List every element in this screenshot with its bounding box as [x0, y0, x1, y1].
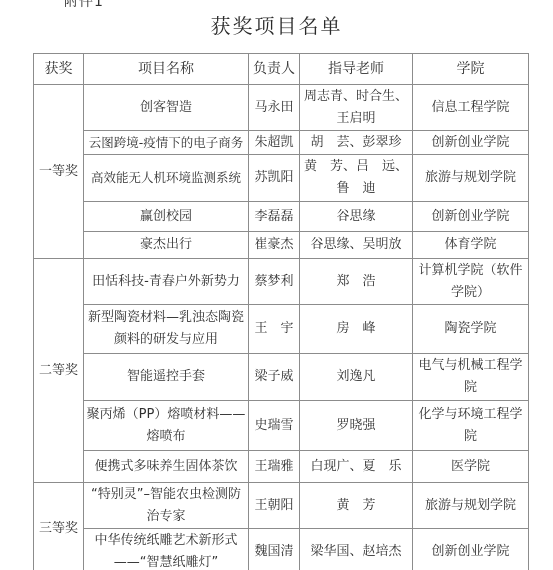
award-table: 获奖 项目名称 负责人 指导老师 学院 一等奖 创客智造 马永田 周志青、时合生…: [33, 53, 529, 570]
project-cell: 云图跨境-疫情下的电子商务: [84, 131, 249, 155]
project-cell: 田恬科技-青春户外新势力: [84, 259, 249, 305]
advisors-cell: 白现广、夏 乐: [300, 451, 413, 483]
advisors-cell: 谷思缘、吴明放: [300, 232, 413, 259]
header-college: 学院: [413, 54, 529, 85]
leader-cell: 崔豪杰: [249, 232, 300, 259]
leader-cell: 苏凯阳: [249, 155, 300, 202]
advisors-cell: 黄 芳、吕 远、鲁 迪: [300, 155, 413, 202]
leader-cell: 李磊磊: [249, 202, 300, 232]
college-cell: 化学与环境工程学院: [413, 401, 529, 451]
project-cell: 创客智造: [84, 85, 249, 131]
college-cell: 旅游与规划学院: [413, 483, 529, 529]
leader-cell: 王瑞雅: [249, 451, 300, 483]
college-cell: 创新创业学院: [413, 529, 529, 570]
advisors-cell: 谷思缘: [300, 202, 413, 232]
leader-cell: 梁子威: [249, 354, 300, 401]
award-cell: 三等奖: [34, 483, 84, 570]
advisors-cell: 房 峰: [300, 305, 413, 354]
college-cell: 电气与机械工程学院: [413, 354, 529, 401]
advisors-cell: 刘逸凡: [300, 354, 413, 401]
table-row: 二等奖 田恬科技-青春户外新势力 蔡梦利 郑 浩 计算机学院（软件学院）: [34, 259, 529, 305]
project-cell: “特别灵”–智能农虫检测防治专家: [84, 483, 249, 529]
college-cell: 医学院: [413, 451, 529, 483]
project-cell: 便携式多味养生固体茶饮: [84, 451, 249, 483]
project-cell: 中华传统纸雕艺术新形式——“智慧纸雕灯”: [84, 529, 249, 570]
college-cell: 陶瓷学院: [413, 305, 529, 354]
leader-cell: 朱超凯: [249, 131, 300, 155]
table-row: 一等奖 创客智造 马永田 周志青、时合生、王启明 信息工程学院: [34, 85, 529, 131]
table-row: 中华传统纸雕艺术新形式——“智慧纸雕灯” 魏国清 梁华国、赵培杰 创新创业学院: [34, 529, 529, 570]
leader-cell: 蔡梦利: [249, 259, 300, 305]
advisors-cell: 胡 芸、彭翠珍: [300, 131, 413, 155]
project-cell: 高效能无人机环境监测系统: [84, 155, 249, 202]
table-row: 新型陶瓷材料—乳浊态陶瓷颜料的研发与应用 王 宇 房 峰 陶瓷学院: [34, 305, 529, 354]
header-advisors: 指导老师: [300, 54, 413, 85]
page-title: 获奖项目名单: [0, 10, 553, 39]
award-cell: 二等奖: [34, 259, 84, 483]
table-row: 便携式多味养生固体茶饮 王瑞雅 白现广、夏 乐 医学院: [34, 451, 529, 483]
college-cell: 创新创业学院: [413, 131, 529, 155]
table-row: 聚丙烯（PP）熔喷材料——熔喷布 史瑞雪 罗晓强 化学与环境工程学院: [34, 401, 529, 451]
leader-cell: 魏国清: [249, 529, 300, 570]
header-award: 获奖: [34, 54, 84, 85]
project-cell: 豪杰出行: [84, 232, 249, 259]
advisors-cell: 周志青、时合生、王启明: [300, 85, 413, 131]
leader-cell: 王 宇: [249, 305, 300, 354]
project-cell: 赢创校园: [84, 202, 249, 232]
header-project: 项目名称: [84, 54, 249, 85]
advisors-cell: 梁华国、赵培杰: [300, 529, 413, 570]
table-row: 豪杰出行 崔豪杰 谷思缘、吴明放 体育学院: [34, 232, 529, 259]
table-row: 赢创校园 李磊磊 谷思缘 创新创业学院: [34, 202, 529, 232]
table-row: 高效能无人机环境监测系统 苏凯阳 黄 芳、吕 远、鲁 迪 旅游与规划学院: [34, 155, 529, 202]
header-row: 获奖 项目名称 负责人 指导老师 学院: [34, 54, 529, 85]
leader-cell: 马永田: [249, 85, 300, 131]
advisors-cell: 罗晓强: [300, 401, 413, 451]
leader-cell: 王朝阳: [249, 483, 300, 529]
advisors-cell: 郑 浩: [300, 259, 413, 305]
college-cell: 体育学院: [413, 232, 529, 259]
project-cell: 智能遥控手套: [84, 354, 249, 401]
award-cell: 一等奖: [34, 85, 84, 259]
table-row: 云图跨境-疫情下的电子商务 朱超凯 胡 芸、彭翠珍 创新创业学院: [34, 131, 529, 155]
college-cell: 创新创业学院: [413, 202, 529, 232]
project-cell: 新型陶瓷材料—乳浊态陶瓷颜料的研发与应用: [84, 305, 249, 354]
advisors-cell: 黄 芳: [300, 483, 413, 529]
college-cell: 信息工程学院: [413, 85, 529, 131]
project-cell: 聚丙烯（PP）熔喷材料——熔喷布: [84, 401, 249, 451]
header-leader: 负责人: [249, 54, 300, 85]
table-row: 三等奖 “特别灵”–智能农虫检测防治专家 王朝阳 黄 芳 旅游与规划学院: [34, 483, 529, 529]
table-row: 智能遥控手套 梁子威 刘逸凡 电气与机械工程学院: [34, 354, 529, 401]
college-cell: 计算机学院（软件学院）: [413, 259, 529, 305]
college-cell: 旅游与规划学院: [413, 155, 529, 202]
leader-cell: 史瑞雪: [249, 401, 300, 451]
